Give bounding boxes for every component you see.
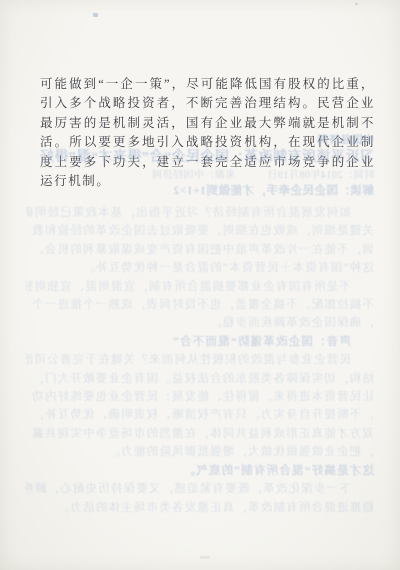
scan-speck (200, 556, 210, 559)
bleedthrough-line: 不是所有国有企业都要搞混合所有制，宜混则混、宜独则独， (26, 278, 374, 296)
bleedthrough-meta-line: 时间：2014年08月19日 来源：中国经济网 (26, 169, 374, 182)
bleedthrough-line: 如何发展混合所有制经济？习近平指出，基本政策已经明确， (26, 204, 374, 222)
bleedthrough-line: 民营企业参与混改的积极性从何而来？关键在于完善公司治理 (26, 351, 374, 369)
bleedthrough-headline: 习近平谈所有制改革：国企民企“合”得来才“混”得好 (26, 149, 374, 167)
bleedthrough-lead-line: 解读：国企民企牵手，才能做到1+1>2 (26, 184, 374, 199)
bleedthrough-line: 结构，切实保障各类股东的合法权益。国有企业要敞开大门， (26, 370, 374, 388)
bleedthrough-line: 这种“国有资本＋民营资本”的混合是一种优势互补。 (26, 259, 374, 277)
bleedthrough-line: 不搞拉郎配、不搞全覆盖，也不设时间表，成熟一个推进一个 (26, 296, 374, 314)
scanned-page: 可能做到“一企一策”，尽可能降低国有股权的比重，引入多个战略投资者，不断完善治理… (0, 0, 400, 570)
bleedthrough-line: 稳推进混合所有制改革，真正激发各类市场主体的活力。 (26, 499, 374, 517)
bleedthrough-article: 中国经济网 习近平谈所有制改革：国企民企“合”得来才“混”得好 时间：2014年… (26, 134, 374, 517)
bleedthrough-line: 关键是细则，成败也在细则。要吸取过去国企改革的经验和教 (26, 222, 374, 240)
bleedthrough-line: ，把企业做强做优做大，增强抵御风险的能力。 (26, 443, 374, 461)
bleedthrough-line: 让民营资本进得来、留得住、能发展；民营企业也要练好内功 (26, 388, 374, 406)
scan-speck (355, 3, 358, 5)
bleedthrough-line: 双方才能真正形成利益共同体，在激烈的市场竞争中实现共赢 (26, 425, 374, 443)
bleedthrough-body: 如何发展混合所有制经济？习近平指出，基本政策已经明确， 关键是细则，成败也在细则… (26, 204, 374, 517)
bleedthrough-line: 训，不能在一片改革声浪中把国有资产变成谋取暴利的机会。 (26, 241, 374, 259)
bleedthrough-subhead: 这才是搞好“混合所有制”的底气。 (26, 462, 374, 480)
bleedthrough-line: ，不断提升自身实力。只有产权清晰、权责明确、优势互补， (26, 406, 374, 424)
scan-speck (93, 13, 98, 17)
bleedthrough-line: 下一步深化改革，既要有紧迫感，又要保持历史耐心，蹄疾步 (26, 480, 374, 498)
bleedthrough-site-name: 中国经济网 (26, 134, 374, 147)
bleedthrough-line: ，确保国企改革蹄疾而步稳。 (26, 314, 374, 332)
bleedthrough-subhead: 声音：国企改革谨防“混而不合” (26, 333, 374, 351)
